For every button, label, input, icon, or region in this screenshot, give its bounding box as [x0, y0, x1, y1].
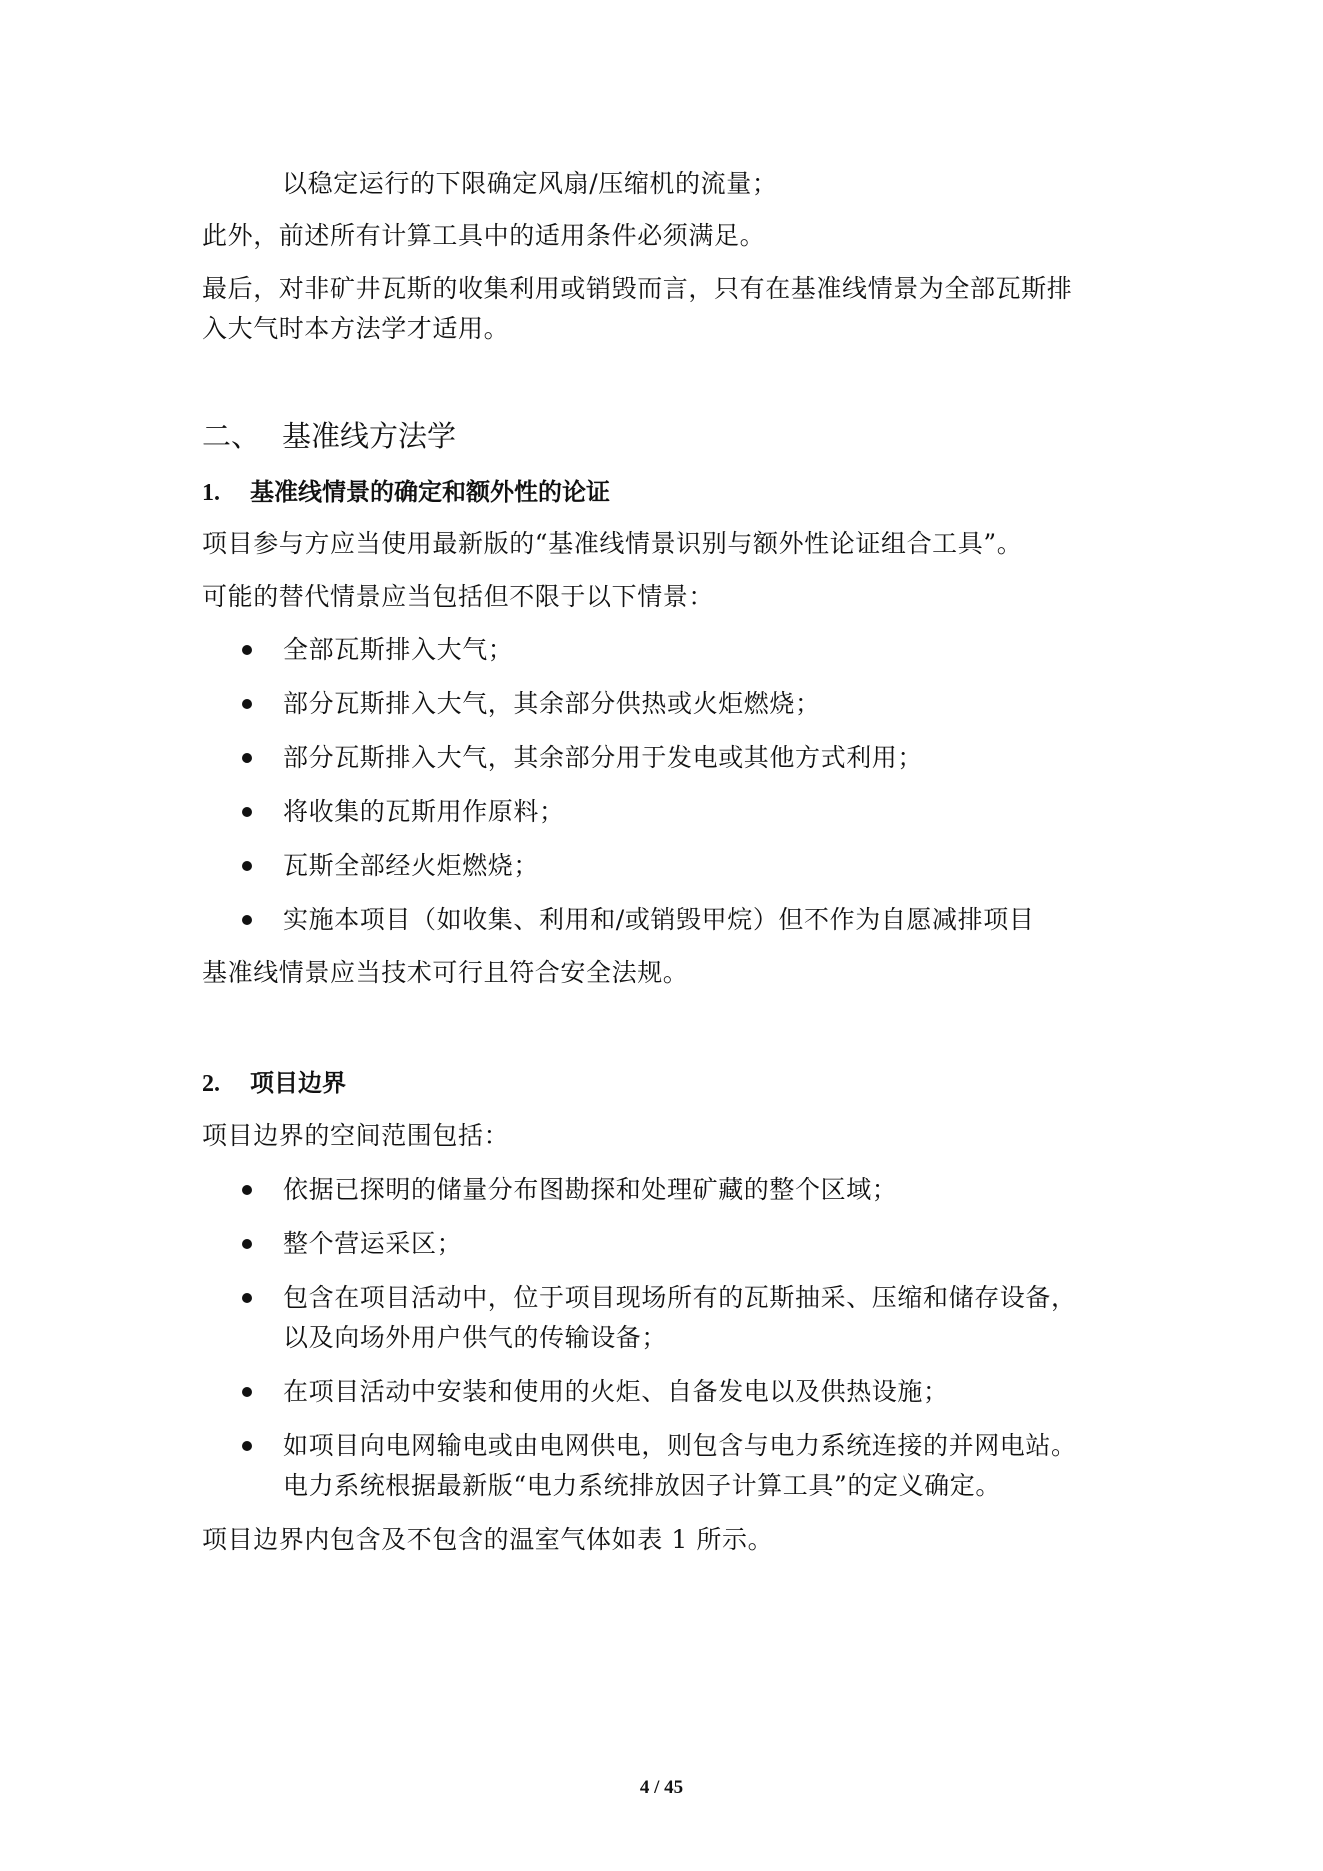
subsection-number: 2.	[202, 1068, 250, 1100]
subsection-title: 基准线情景的确定和额外性的论证	[250, 477, 610, 506]
subsection-number: 1.	[202, 477, 250, 509]
document-page: 以稳定运行的下限确定风扇/压缩机的流量； 此外，前述所有计算工具中的适用条件必须…	[0, 0, 1323, 1871]
bullet-icon	[242, 1239, 252, 1249]
subsection-heading: 1.基准线情景的确定和额外性的论证	[202, 476, 610, 509]
paragraph-line: 此外，前述所有计算工具中的适用条件必须满足。	[202, 220, 765, 252]
paragraph: 项目参与方应当使用最新版的“基准线情景识别与额外性论证组合工具”。	[202, 528, 1022, 560]
paragraph: 可能的替代情景应当包括但不限于以下情景：	[202, 581, 714, 613]
section-number: 二、	[202, 418, 282, 454]
bullet-icon	[242, 1293, 252, 1303]
paragraph: 项目边界内包含及不包含的温室气体如表 1 所示。	[202, 1524, 773, 1556]
bullet-icon	[242, 753, 252, 763]
bullet-icon	[242, 699, 252, 709]
subsection-title: 项目边界	[250, 1068, 346, 1097]
bullet-icon	[242, 807, 252, 817]
paragraph: 基准线情景应当技术可行且符合安全法规。	[202, 957, 688, 989]
bullet-icon	[242, 1387, 252, 1397]
bullet-icon	[242, 1441, 252, 1451]
paragraph-line: 入大气时本方法学才适用。	[202, 313, 509, 345]
bullet-icon	[242, 915, 252, 925]
section-heading: 二、基准线方法学	[202, 418, 456, 454]
paragraph: 项目边界的空间范围包括：	[202, 1120, 509, 1152]
bullet-icon	[242, 645, 252, 655]
subsection-heading: 2.项目边界	[202, 1067, 346, 1100]
bullet-icon	[242, 1185, 252, 1195]
paragraph-line: 最后，对非矿井瓦斯的收集利用或销毁而言，只有在基准线情景为全部瓦斯排	[202, 273, 1072, 305]
bullet-icon	[242, 861, 252, 871]
page-number: 4 / 45	[0, 1777, 1323, 1799]
section-title: 基准线方法学	[282, 419, 456, 453]
paragraph-line: 以稳定运行的下限确定风扇/压缩机的流量；	[282, 168, 777, 200]
